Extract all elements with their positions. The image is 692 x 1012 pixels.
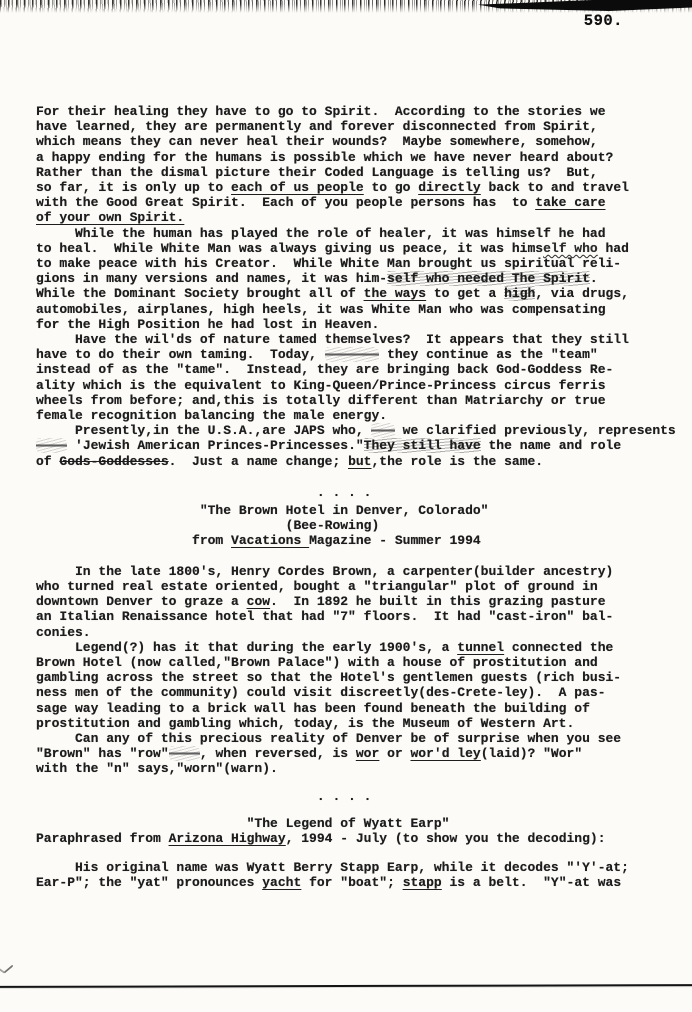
text-segment: "Brown" has "row": [36, 746, 169, 761]
text-line: Ear-P"; the "yat" pronounces yacht for "…: [36, 875, 684, 890]
scribble-text: high: [504, 286, 535, 301]
u-text: each of us people: [231, 180, 364, 195]
text-line: Brown Hotel (now called,"Brown Palace") …: [36, 655, 684, 670]
text-segment: or: [379, 746, 410, 761]
u-text: the ways: [364, 286, 426, 301]
u-text: but: [348, 454, 371, 469]
document-body: For their healing they have to go to Spi…: [36, 104, 684, 891]
u-text: directly: [418, 180, 480, 195]
text-segment: ality which is the equivalent to King-Qu…: [36, 378, 606, 393]
separator-2: . . . .: [36, 789, 684, 804]
strike-text: Gods-Goddesses: [59, 454, 168, 469]
text-segment: downtown Denver to graze a: [36, 594, 247, 609]
text-line: In the late 1800's, Henry Cordes Brown, …: [36, 564, 684, 579]
text-line: who turned real estate oriented, bought …: [36, 579, 684, 594]
text-line: an Italian Renaissance hotel that had "7…: [36, 609, 684, 624]
text-segment: "The Brown Hotel in Denver, Colorado": [36, 503, 488, 518]
blot-text: [169, 746, 200, 761]
healer-paragraph: While the human has played the role of h…: [36, 226, 684, 332]
text-line: Presently,in the U.S.A.,are JAPS who, we…: [36, 423, 684, 438]
text-line: sage way leading to a brick wall has bee…: [36, 701, 684, 716]
u-text: stapp: [403, 875, 442, 890]
text-segment: Can any of this precious reality of Denv…: [36, 731, 621, 746]
blot-text: [325, 347, 380, 362]
text-segment: with the "n" says,"worn"(warn).: [36, 761, 278, 776]
text-line: ality which is the equivalent to King-Qu…: [36, 378, 684, 393]
text-segment: prostitution and gambling which, today, …: [36, 716, 574, 731]
blot-text: [371, 423, 394, 438]
text-segment: Rather than the dismal picture their Cod…: [36, 165, 598, 180]
text-segment: , via drugs,: [535, 286, 629, 301]
scribble-text: self who needed The Spirit: [387, 271, 590, 286]
text-segment: had: [598, 241, 629, 256]
text-segment: so far, it is only up to: [36, 180, 231, 195]
text-line: "The Brown Hotel in Denver, Colorado": [36, 503, 684, 518]
text-line: While the human has played the role of h…: [36, 226, 684, 241]
text-segment: While the Dominant Society brought all o…: [36, 286, 364, 301]
text-line: For their healing they have to go to Spi…: [36, 104, 684, 119]
text-segment: , when reversed, is: [200, 746, 356, 761]
u-text: wor: [356, 746, 379, 761]
text-segment: with the Good Great Spirit. Each of you …: [36, 195, 535, 210]
text-segment: For their healing they have to go to Spi…: [36, 104, 606, 119]
text-segment: back to and travel: [481, 180, 629, 195]
text-line: downtown Denver to graze a cow. In 1892 …: [36, 594, 684, 609]
text-segment: Paraphrased from: [36, 831, 169, 846]
text-segment: Ear-P"; the "yat" pronounces: [36, 875, 262, 890]
text-line: have to do their own taming. Today, they…: [36, 347, 684, 362]
text-line: Have the wil'ds of nature tamed themselv…: [36, 332, 684, 347]
text-segment: While the human has played the role of h…: [36, 226, 606, 241]
text-segment: who turned real estate oriented, bought …: [36, 579, 598, 594]
text-line: "The Legend of Wyatt Earp": [36, 816, 684, 831]
text-segment: His original name was Wyatt Berry Stapp …: [36, 860, 629, 875]
intro-paragraph: For their healing they have to go to Spi…: [36, 104, 684, 226]
separator-1: . . . .: [36, 485, 684, 500]
pencil-text: elf who: [543, 241, 598, 256]
u-text: Vacations: [231, 533, 309, 548]
scan-artifact-bottom-line: [0, 984, 692, 988]
scan-artifact-left-mark: [0, 960, 14, 974]
text-segment: have learned, they are permanently and f…: [36, 119, 598, 134]
wyatt-earp-heading: "The Legend of Wyatt Earp"Paraphrased fr…: [36, 816, 684, 846]
text-line: have learned, they are permanently and f…: [36, 119, 684, 134]
text-segment: is a belt. "Y"-at was: [442, 875, 621, 890]
text-segment: Legend(?) has it that during the early 1…: [36, 640, 457, 655]
text-segment: 'Jewish American Princes-Princesses.": [67, 438, 363, 453]
text-segment: instead of as the "tame". Instead, they …: [36, 362, 613, 377]
text-line: (Bee-Rowing): [36, 518, 684, 533]
text-line: His original name was Wyatt Berry Stapp …: [36, 860, 684, 875]
text-segment: , 1994 - July (to show you the decoding)…: [286, 831, 606, 846]
text-segment: In the late 1800's, Henry Cordes Brown, …: [36, 564, 613, 579]
u-text: Arizona Highway: [169, 831, 286, 846]
text-segment: they continue as the "team": [379, 347, 597, 362]
text-line: so far, it is only up to each of us peop…: [36, 180, 684, 195]
text-segment: Have the wil'ds of nature tamed themselv…: [36, 332, 629, 347]
text-segment: automobiles, airplanes, high heels, it w…: [36, 302, 606, 317]
scribble-text: They still have: [364, 438, 481, 453]
text-segment: .: [590, 271, 598, 286]
text-line: of Gods-Goddesses. Just a name change; b…: [36, 454, 684, 469]
brown-hotel-heading: "The Brown Hotel in Denver, Colorado" (B…: [36, 503, 684, 549]
text-line: which means they can never heal their wo…: [36, 134, 684, 149]
text-line: automobiles, airplanes, high heels, it w…: [36, 302, 684, 317]
text-line: wheels from before; and,this is totally …: [36, 393, 684, 408]
u-text: of your own Spirit.: [36, 210, 184, 225]
text-line: gions in many versions and names, it was…: [36, 271, 684, 286]
text-line: to make peace with his Creator. While Wh…: [36, 256, 684, 271]
text-segment: . Just a name change;: [169, 454, 348, 469]
text-segment: (Bee-Rowing): [36, 518, 379, 533]
text-segment: we clarified previously, represents: [395, 423, 676, 438]
japs-paragraph: Presently,in the U.S.A.,are JAPS who, we…: [36, 423, 684, 469]
text-segment: ,the role is the same.: [371, 454, 543, 469]
u-text: wor'd ley: [411, 746, 481, 761]
text-segment: wheels from before; and,this is totally …: [36, 393, 606, 408]
text-line: instead of as the "tame". Instead, they …: [36, 362, 684, 377]
text-segment: gions in many versions and names, it was…: [36, 271, 387, 286]
text-line: female recognition balancing the male en…: [36, 408, 684, 423]
wyatt-earp-paragraph: His original name was Wyatt Berry Stapp …: [36, 860, 684, 890]
text-segment: Brown Hotel (now called,"Brown Palace") …: [36, 655, 598, 670]
text-line: a happy ending for the humans is possibl…: [36, 150, 684, 165]
text-segment: Magazine - Summer 1994: [309, 533, 481, 548]
u-text: take care: [535, 195, 605, 210]
text-segment: the name and role: [481, 438, 621, 453]
text-line: of your own Spirit.: [36, 210, 684, 225]
text-segment: (laid)? "Wor": [481, 746, 582, 761]
text-segment: for "boat";: [301, 875, 402, 890]
text-segment: to make peace with his Creator. While Wh…: [36, 256, 621, 271]
text-segment: conies.: [36, 625, 91, 640]
text-segment: "The Legend of Wyatt Earp": [36, 816, 449, 831]
text-line: from Vacations Magazine - Summer 1994: [36, 533, 684, 548]
text-segment: to go: [364, 180, 419, 195]
text-line: with the Good Great Spirit. Each of you …: [36, 195, 684, 210]
text-line: Legend(?) has it that during the early 1…: [36, 640, 684, 655]
text-segment: female recognition balancing the male en…: [36, 408, 387, 423]
text-line: Paraphrased from Arizona Highway, 1994 -…: [36, 831, 684, 846]
text-line: While the Dominant Society brought all o…: [36, 286, 684, 301]
text-segment: for the High Position he had lost in Hea…: [36, 317, 379, 332]
text-line: ness men of the community) could visit d…: [36, 685, 684, 700]
text-segment: which means they can never heal their wo…: [36, 134, 598, 149]
scanned-document-page: 590. For their healing they have to go t…: [0, 0, 692, 1012]
text-line: gambling across the street so that the H…: [36, 670, 684, 685]
brown-hotel-paragraph-1: In the late 1800's, Henry Cordes Brown, …: [36, 564, 684, 640]
brown-hotel-paragraph-2: Legend(?) has it that during the early 1…: [36, 640, 684, 731]
text-segment: sage way leading to a brick wall has bee…: [36, 701, 590, 716]
text-line: Can any of this precious reality of Denv…: [36, 731, 684, 746]
text-line: "Brown" has "row" , when reversed, is wo…: [36, 746, 684, 761]
brown-hotel-paragraph-3: Can any of this precious reality of Denv…: [36, 731, 684, 777]
u-text: tunnel: [457, 640, 504, 655]
text-line: with the "n" says,"worn"(warn).: [36, 761, 684, 776]
text-segment: to heal. While White Man was always givi…: [36, 241, 543, 256]
page-number: 590.: [584, 12, 623, 30]
text-segment: have to do their own taming. Today,: [36, 347, 325, 362]
text-segment: . . . .: [36, 485, 371, 500]
text-line: prostitution and gambling which, today, …: [36, 716, 684, 731]
text-line: to heal. While White Man was always givi…: [36, 241, 684, 256]
text-line: . . . .: [36, 789, 684, 804]
text-line: conies.: [36, 625, 684, 640]
text-segment: ness men of the community) could visit d…: [36, 685, 606, 700]
text-line: Rather than the dismal picture their Cod…: [36, 165, 684, 180]
text-segment: from: [36, 533, 231, 548]
blot-text: [36, 438, 67, 453]
u-text: yacht: [262, 875, 301, 890]
text-segment: of: [36, 454, 59, 469]
text-segment: . . . .: [36, 789, 371, 804]
text-segment: a happy ending for the humans is possibl…: [36, 150, 613, 165]
text-line: 'Jewish American Princes-Princesses."The…: [36, 438, 684, 453]
text-segment: . In 1892 he built in this grazing pastu…: [270, 594, 605, 609]
text-segment: Presently,in the U.S.A.,are JAPS who,: [36, 423, 371, 438]
text-line: . . . .: [36, 485, 684, 500]
text-segment: an Italian Renaissance hotel that had "7…: [36, 609, 613, 624]
taming-paragraph: Have the wil'ds of nature tamed themselv…: [36, 332, 684, 423]
u-text: cow: [247, 594, 270, 609]
text-line: for the High Position he had lost in Hea…: [36, 317, 684, 332]
text-segment: gambling across the street so that the H…: [36, 670, 621, 685]
text-segment: to get a: [426, 286, 504, 301]
text-segment: connected the: [504, 640, 613, 655]
